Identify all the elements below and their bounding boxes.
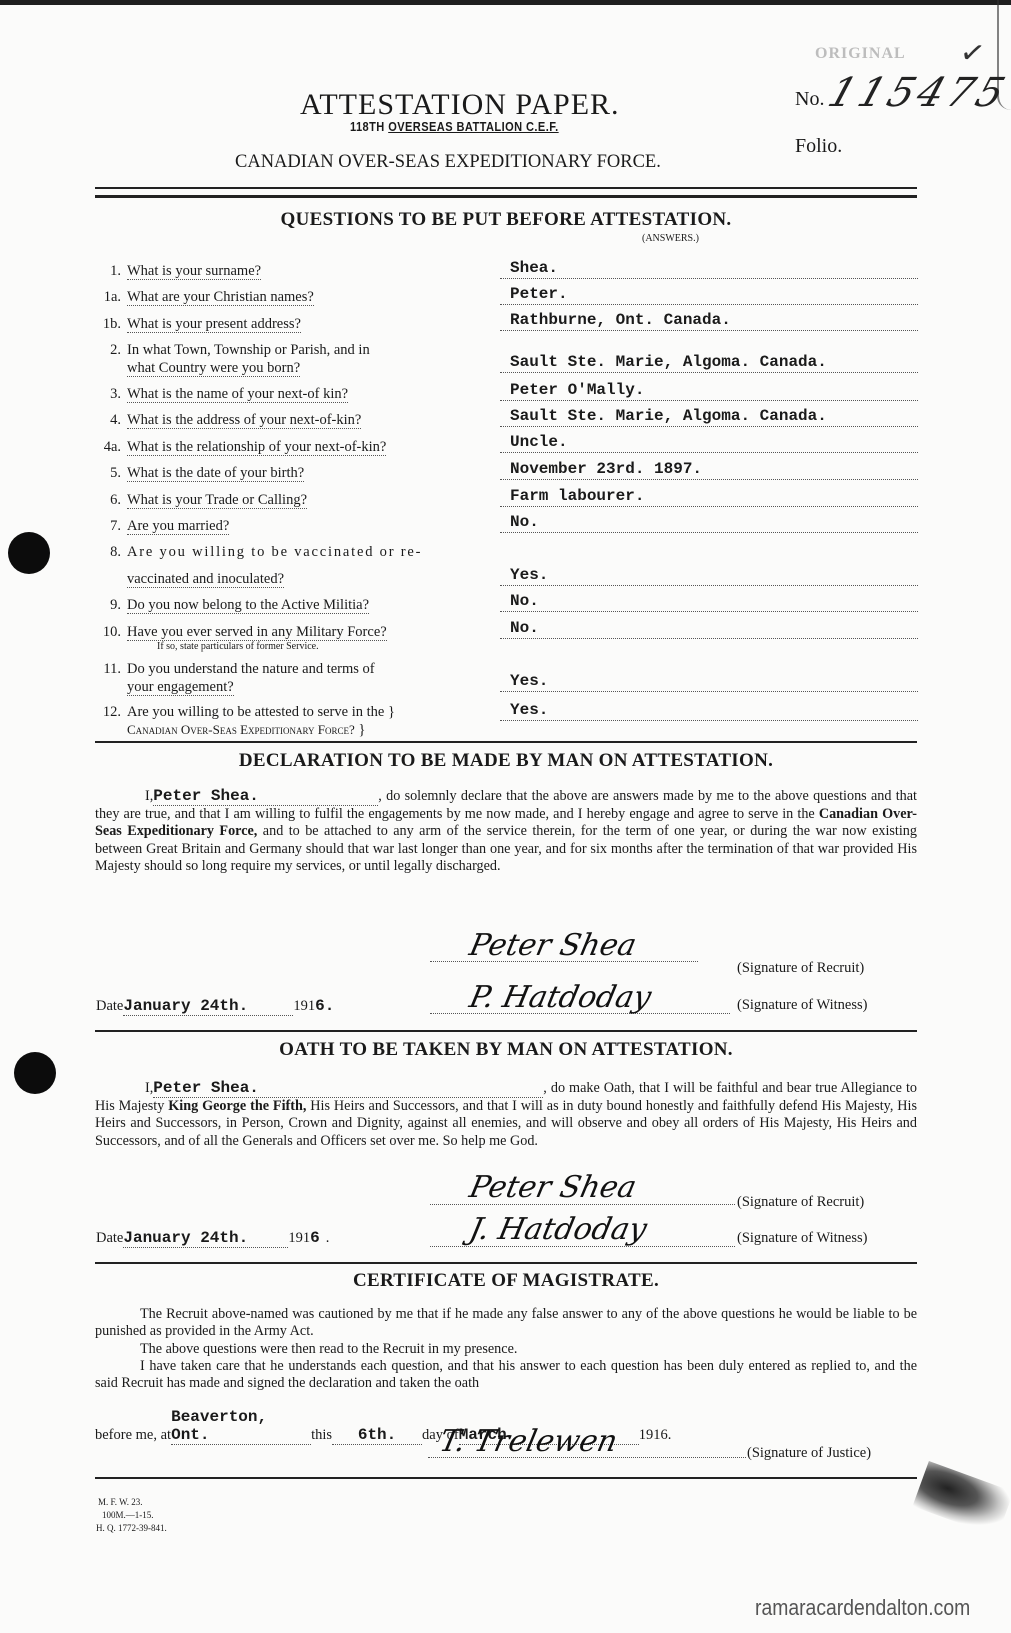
oath-recruit-signature-label: (Signature of Recruit) bbox=[737, 1194, 864, 1211]
oath-witness-signature: J. Hatdoday bbox=[466, 1212, 650, 1247]
question-7: 7.Are you married? bbox=[95, 517, 485, 535]
answer-next-of-kin-address: Sault Ste. Marie, Algoma. Canada. bbox=[500, 406, 918, 427]
form-codes: M. F. W. 23. 100M.—1-15. H. Q. 1772-39-8… bbox=[96, 1496, 167, 1535]
punch-hole bbox=[8, 532, 50, 574]
justice-signature-label: (Signature of Justice) bbox=[747, 1445, 871, 1462]
oath-heading: OATH TO BE TAKEN BY MAN ON ATTESTATION. bbox=[95, 1039, 917, 1061]
declaration-text: I,Peter Shea., do solemnly declare that … bbox=[95, 788, 917, 875]
questions-heading: QUESTIONS TO BE PUT BEFORE ATTESTATION. bbox=[95, 209, 917, 231]
question-12: 12.Are you willing to be attested to ser… bbox=[95, 703, 485, 739]
answer-vaccinated: Yes. bbox=[500, 565, 918, 586]
answer-married: No. bbox=[500, 512, 918, 533]
witness-signature: P. Hatdoday bbox=[466, 980, 654, 1015]
question-3: 3.What is the name of your next-of kin? bbox=[95, 385, 485, 403]
answer-active-militia: No. bbox=[500, 591, 918, 612]
answer-next-of-kin-name: Peter O'Mally. bbox=[500, 380, 918, 401]
ink-smudge bbox=[913, 1461, 1011, 1537]
question-1: 1.What is your surname? bbox=[95, 262, 485, 280]
witness-signature-label: (Signature of Witness) bbox=[737, 997, 867, 1014]
magistrate-place: Beaverton, Ont. bbox=[171, 1408, 267, 1444]
oath-text: I,Peter Shea., do make Oath, that I will… bbox=[95, 1080, 917, 1150]
magistrate-para-1: The Recruit above-named was cautioned by… bbox=[95, 1306, 917, 1340]
original-stamp: ORIGINAL bbox=[815, 45, 906, 63]
recruit-signature: Peter Shea bbox=[466, 928, 639, 963]
section-divider bbox=[95, 1262, 917, 1264]
question-9: 9.Do you now belong to the Active Militi… bbox=[95, 596, 485, 614]
magistrate-para-3: I have taken care that he understands ea… bbox=[95, 1358, 917, 1392]
header-divider bbox=[95, 187, 917, 198]
check-mark-icon: ✓ bbox=[957, 34, 988, 73]
question-4a: 4a.What is the relationship of your next… bbox=[95, 438, 485, 456]
answers-label: (ANSWERS.) bbox=[642, 233, 699, 244]
regimental-number: 115475 bbox=[823, 70, 1011, 116]
question-8-cont: vaccinated and inoculated? bbox=[95, 570, 485, 588]
question-4: 4.What is the address of your next-of-ki… bbox=[95, 411, 485, 429]
declaration-date: DateJanuary 24th.1916. bbox=[96, 997, 334, 1016]
justice-signature: T. Trelewen bbox=[436, 1424, 620, 1459]
oath-recruit-signature: Peter Shea bbox=[466, 1170, 639, 1205]
document-subtitle: CANADIAN OVER-SEAS EXPEDITIONARY FORCE. bbox=[235, 152, 661, 173]
answer-christian-names: Peter. bbox=[500, 284, 918, 305]
answer-present-address: Rathburne, Ont. Canada. bbox=[500, 310, 918, 331]
punch-hole bbox=[14, 1052, 56, 1094]
answer-date-of-birth: November 23rd. 1897. bbox=[500, 459, 918, 480]
section-divider bbox=[95, 1030, 917, 1032]
answer-relationship: Uncle. bbox=[500, 432, 918, 453]
question-11: 11.Do you understand the nature and term… bbox=[95, 660, 485, 696]
number-label: No. bbox=[795, 88, 824, 111]
answer-understand-terms: Yes. bbox=[500, 671, 918, 692]
battalion-prefix: 118TH bbox=[350, 119, 385, 134]
answer-willing-to-attest: Yes. bbox=[500, 700, 918, 721]
magistrate-para-2: The above questions were then read to th… bbox=[95, 1341, 917, 1358]
answer-surname: Shea. bbox=[500, 258, 918, 279]
question-2: 2.In what Town, Township or Parish, and … bbox=[95, 341, 485, 377]
battalion-main: OVERSEAS BATTALION C.E.F. bbox=[388, 119, 558, 134]
question-1a: 1a.What are your Christian names? bbox=[95, 288, 485, 306]
magistrate-heading: CERTIFICATE OF MAGISTRATE. bbox=[95, 1270, 917, 1292]
watermark: ramaracardendalton.com bbox=[755, 1595, 970, 1621]
declaration-name: Peter Shea. bbox=[153, 787, 259, 805]
question-5: 5.What is the date of your birth? bbox=[95, 464, 485, 482]
oath-date: DateJanuary 24th.1916. bbox=[96, 1229, 329, 1248]
oath-witness-signature-label: (Signature of Witness) bbox=[737, 1230, 867, 1247]
bottom-divider bbox=[95, 1477, 917, 1479]
answer-birthplace: Sault Ste. Marie, Algoma. Canada. bbox=[500, 352, 918, 373]
section-divider bbox=[95, 741, 917, 743]
question-6: 6.What is your Trade or Calling? bbox=[95, 491, 485, 509]
battalion-stamp: 118TH OVERSEAS BATTALION C.E.F. bbox=[350, 119, 559, 134]
document-title: ATTESTATION PAPER. bbox=[300, 88, 620, 122]
oath-name: Peter Shea. bbox=[153, 1079, 259, 1097]
magistrate-day: 6th. bbox=[358, 1426, 396, 1444]
question-10: 10.Have you ever served in any Military … bbox=[95, 623, 485, 653]
answer-trade: Farm labourer. bbox=[500, 486, 918, 507]
question-8: 8.Are you willing to be vaccinated or re… bbox=[95, 543, 485, 561]
question-1b: 1b.What is your present address? bbox=[95, 315, 485, 333]
answer-military-service: No. bbox=[500, 618, 918, 639]
declaration-heading: DECLARATION TO BE MADE BY MAN ON ATTESTA… bbox=[95, 750, 917, 772]
recruit-signature-label: (Signature of Recruit) bbox=[737, 960, 864, 977]
folio-label: Folio. bbox=[795, 135, 842, 158]
scan-top-edge bbox=[0, 0, 1011, 5]
